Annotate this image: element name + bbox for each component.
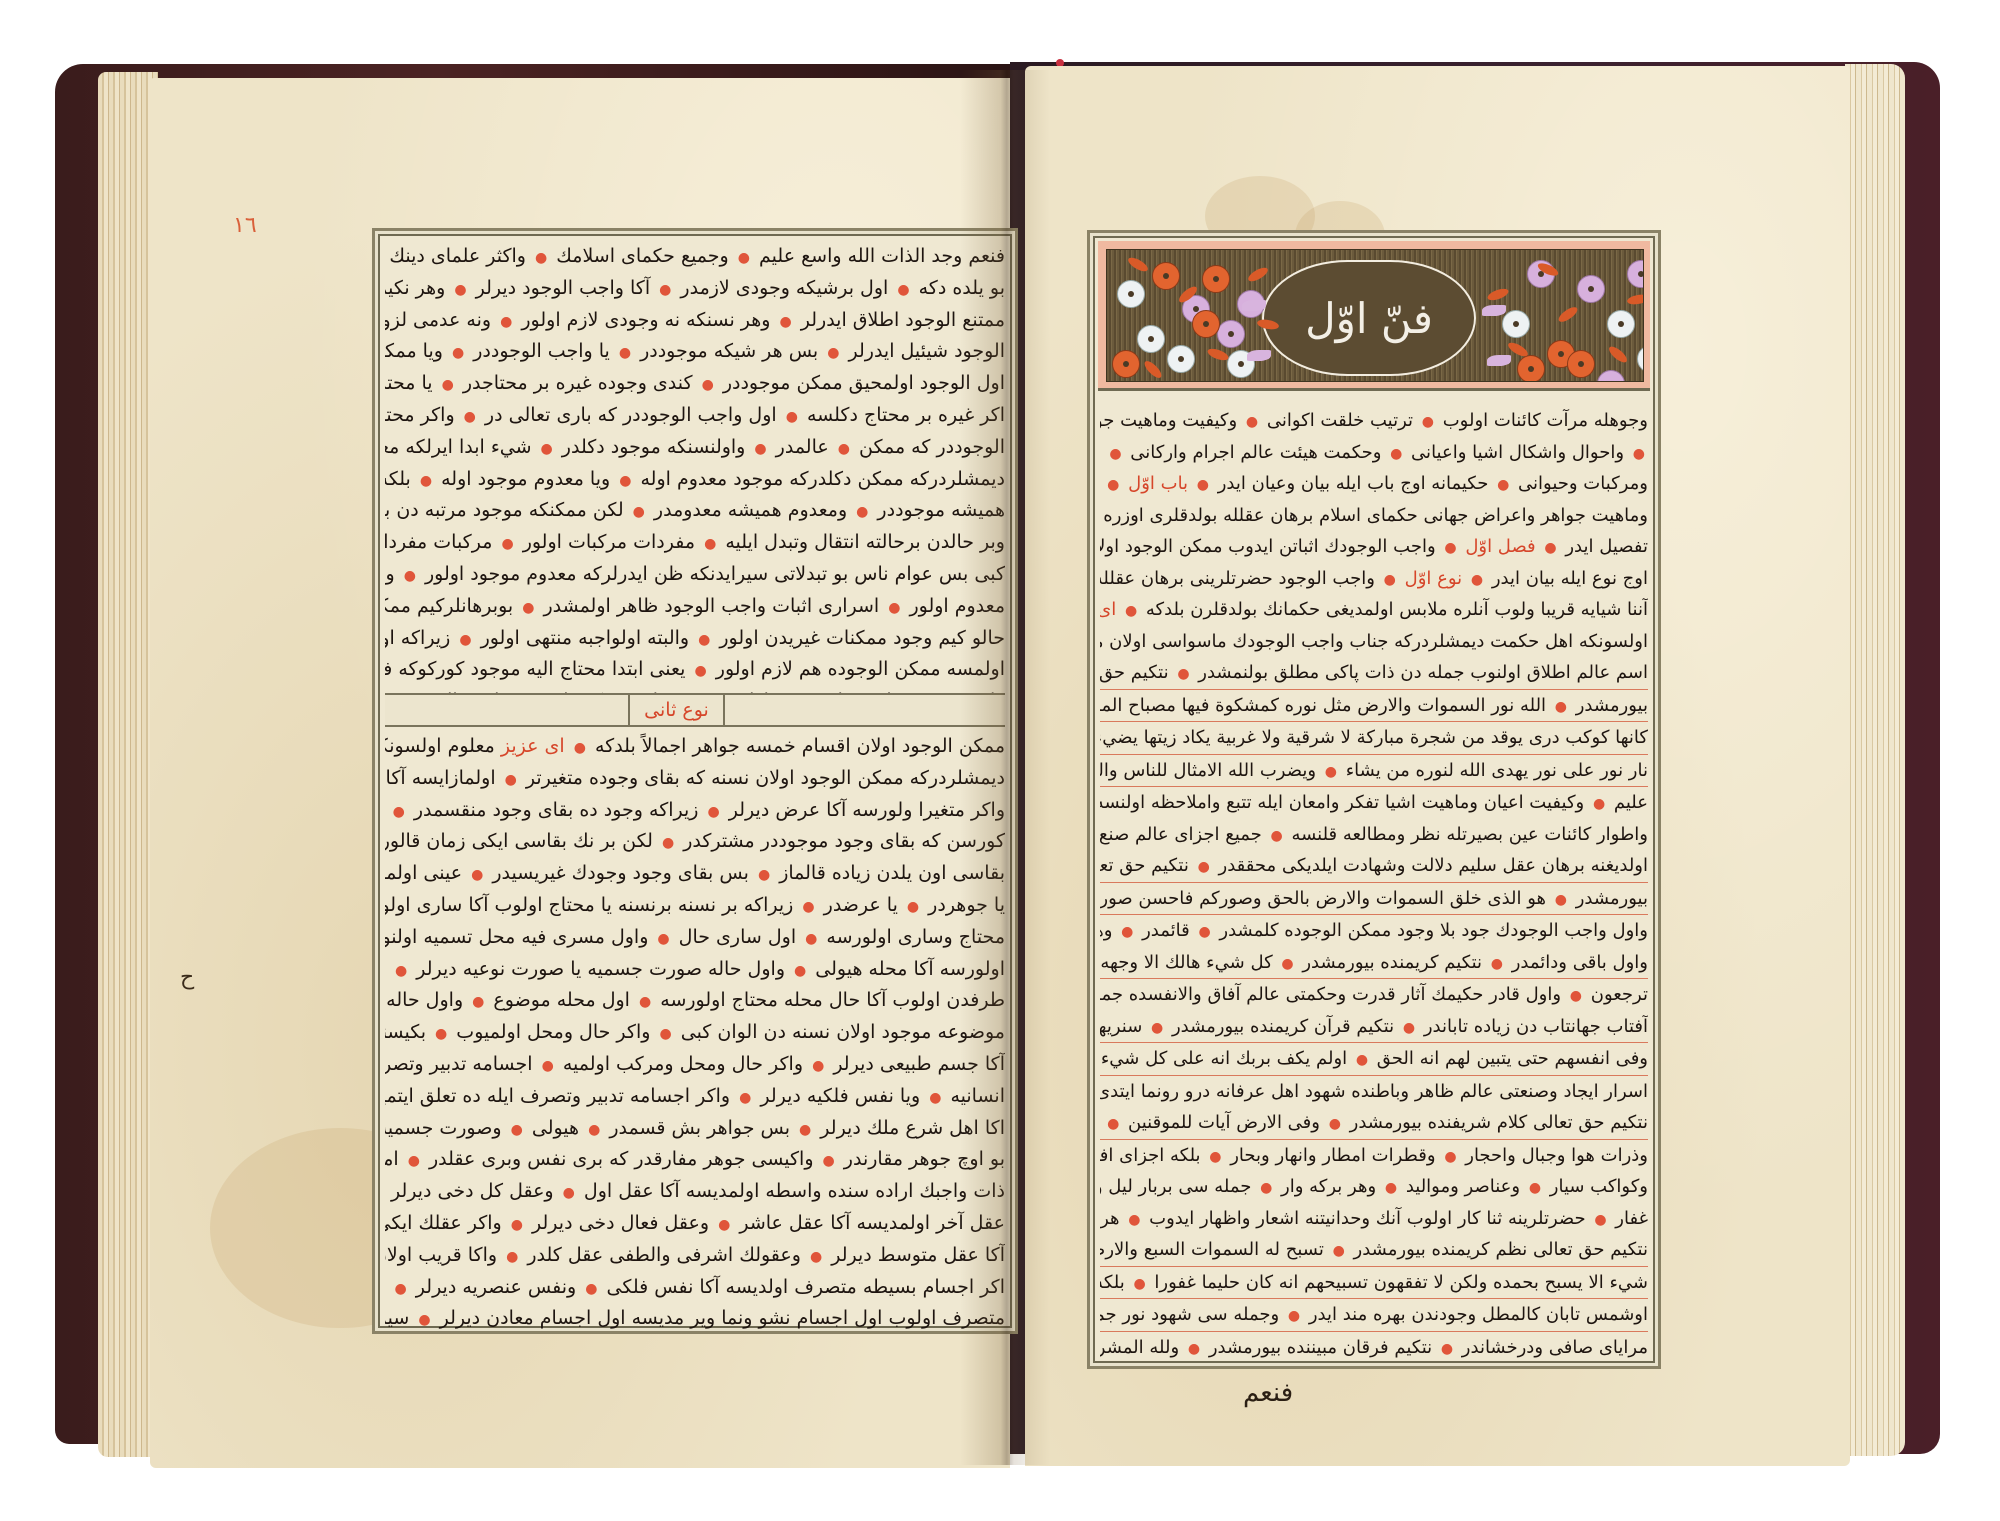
red-verse-dot: ● [698, 632, 710, 648]
red-verse-dot: ● [758, 867, 770, 883]
red-verse-dot: ● [1385, 1180, 1397, 1196]
manuscript-line: نار نور على نور يهدى الله لنوره من يشاء … [1100, 755, 1648, 788]
red-verse-dot: ● [619, 473, 631, 489]
manuscript-line: اوشمس تابان كالمطل وجودندن بهره مند ايدر… [1100, 1299, 1648, 1332]
red-verse-dot: ● [454, 282, 466, 298]
manuscript-line: آكا عقل متوسط ديرلر ● وعقولك اشرفى والطف… [385, 1240, 1005, 1272]
bud-ornament [1247, 350, 1271, 361]
manuscript-line: شيء الا يسبح بحمده ولكن لا تفقهون تسبيحه… [1100, 1267, 1648, 1300]
red-verse-dot: ● [1555, 699, 1567, 715]
manuscript-line: فنعم وجد الذات الله واسع عليم ● وجميع حك… [385, 241, 1005, 273]
red-verse-dot: ● [1403, 1020, 1415, 1036]
red-verse-dot: ● [1128, 1212, 1140, 1228]
leaf-ornament [1626, 293, 1644, 306]
manuscript-line: آكا جسم طبيعى ديرلر ● واكر حال ومحل ومرك… [385, 1049, 1005, 1081]
catchword: فنعم [1243, 1378, 1293, 1408]
manuscript-line: محتاج وسارى اولورسه ● اول سارى حال ● واو… [385, 922, 1005, 954]
red-verse-dot: ● [418, 1312, 430, 1328]
red-verse-dot: ● [1260, 1180, 1272, 1196]
red-verse-dot: ● [897, 282, 909, 298]
red-verse-dot: ● [799, 1122, 811, 1138]
manuscript-line: ومركبات وحيوانى ● حكيمانه اوج باب ايله ب… [1100, 468, 1648, 500]
red-verse-dot: ● [1125, 603, 1137, 619]
red-verse-dot: ● [739, 1090, 751, 1106]
flower-ornament [1167, 345, 1195, 373]
manuscript-line: واكر متغيرا ولورسه آكا عرض ديرلر ● زيراك… [385, 795, 1005, 827]
red-verse-dot: ● [702, 377, 714, 393]
red-verse-dot: ● [1356, 1052, 1368, 1068]
manuscript-line: عقل آخر اولمديسه آكا عقل عاشر ● وعقل فعا… [385, 1208, 1005, 1240]
red-verse-dot: ● [442, 377, 454, 393]
manuscript-line: وفى انفسهم حتى يتبين لهم انه الحق ● اولم… [1100, 1043, 1648, 1076]
red-verse-dot: ● [500, 314, 512, 330]
red-verse-dot: ● [754, 441, 766, 457]
red-verse-dot: ● [929, 1090, 941, 1106]
manuscript-line: هميشه موجوددر ● ومعدوم هميشه معدومدر ● ل… [385, 495, 1005, 527]
red-verse-dot: ● [1384, 572, 1396, 588]
red-verse-dot: ● [1555, 892, 1567, 908]
manuscript-line: اكر غيره بر محتاج دكلسه ● اول واجب الوجو… [385, 400, 1005, 432]
red-verse-dot: ● [542, 1058, 554, 1074]
red-verse-dot: ● [1491, 956, 1503, 972]
red-verse-dot: ● [1209, 1149, 1221, 1165]
red-verse-dot: ● [393, 804, 405, 820]
headpiece-floral-panel: فنّ اوّل [1106, 249, 1644, 382]
manuscript-line: ذات واجبك اراده سنده واسطه اولمديسه آكا … [385, 1176, 1005, 1208]
manuscript-line: كورسن كه بقاى وجود موجوددر مشتركدر ● لكن… [385, 826, 1005, 858]
red-verse-dot: ● [1329, 1116, 1341, 1132]
manuscript-line: وذرات هوا وجبال واحجار ● وقطرات امطار وا… [1100, 1140, 1648, 1172]
red-verse-dot: ● [1107, 1116, 1119, 1132]
subheading-nau-thani: نوع ثانى [628, 695, 725, 725]
red-verse-dot: ● [459, 632, 471, 648]
red-verse-dot: ● [659, 1026, 671, 1042]
manuscript-line: بقاسى اون يلدن زياده قالماز ● بس بقاى وج… [385, 858, 1005, 890]
red-verse-dot: ● [662, 835, 674, 851]
red-verse-dot: ● [452, 345, 464, 361]
rubric-heading: باب اوّل [1128, 473, 1188, 494]
red-verse-dot: ● [506, 1249, 518, 1265]
red-verse-dot: ● [786, 409, 798, 425]
red-verse-dot: ● [794, 963, 806, 979]
manuscript-line: وجوهله مرآت كائنات اولوب ● ترتيب خلقت اك… [1100, 405, 1648, 437]
red-verse-dot: ● [464, 409, 476, 425]
red-verse-dot: ● [501, 536, 513, 552]
red-verse-dot: ● [404, 568, 416, 584]
red-verse-dot: ● [535, 250, 547, 266]
red-verse-dot: ● [888, 600, 900, 616]
flower-ornament [1577, 275, 1605, 303]
rubric-heading: اى عزيز [501, 735, 565, 757]
manuscript-line: كانها كوكب درى يوقد من شجرة مباركة لا شر… [1100, 722, 1648, 755]
manuscript-line: موضوعه موجود اولان نسنه دن الوان كبى ● و… [385, 1017, 1005, 1049]
red-verse-dot: ● [1544, 540, 1556, 556]
folio-number: ١٦ [233, 213, 257, 238]
flower-ornament [1607, 310, 1635, 338]
flower-ornament [1117, 280, 1145, 308]
red-verse-dot: ● [1109, 446, 1121, 462]
manuscript-line: بو اوچ جوهر مقارندر ● واكيسى جوهر مفارقد… [385, 1144, 1005, 1176]
red-verse-dot: ● [1497, 477, 1509, 493]
subheading-band: نوع ثانى [385, 693, 1005, 727]
red-verse-dot: ● [802, 899, 814, 915]
manuscript-line: اول الوجود اولمحيق ممكن موجوددر ● كندى و… [385, 368, 1005, 400]
red-verse-dot: ● [1441, 1341, 1453, 1357]
red-verse-dot: ● [522, 600, 534, 616]
leaf-ornament [1142, 359, 1164, 381]
red-verse-dot: ● [511, 1122, 523, 1138]
manuscript-line: معدوم اولور ● اسرارى اثبات واجب الوجود ظ… [385, 591, 1005, 623]
leaf-ornament [1126, 255, 1150, 274]
red-verse-dot: ● [1198, 859, 1210, 875]
manuscript-line: وكواكب سيار ● وعناصر ومواليد ● وهر بركه … [1100, 1171, 1648, 1203]
manuscript-line: انسانيه ● ويا نفس فلكيه ديرلر ● واكر اجس… [385, 1081, 1005, 1113]
right-text-block: وجوهله مرآت كائنات اولوب ● ترتيب خلقت اك… [1100, 405, 1648, 1358]
manuscript-line: اولسونكه اهل حكمت ديمشلردركه جناب واجب ا… [1100, 626, 1648, 658]
page-edges-left [98, 72, 158, 1457]
red-verse-dot: ● [805, 931, 817, 947]
red-verse-dot: ● [907, 899, 919, 915]
red-verse-dot: ● [505, 772, 517, 788]
manuscript-line: طرفدن اولوب آكا حال محله محتاج اولورسه ●… [385, 985, 1005, 1017]
manuscript-line: ممكن الوجود اولان اقسام خمسه جواهر اجمال… [385, 731, 1005, 763]
headpiece-cartouche: فنّ اوّل [1262, 260, 1476, 376]
manuscript-line: بيورمشدر ● هو الذى خلق السموات والارض با… [1100, 883, 1648, 916]
manuscript-line: ديمشلردركه ممكن دكلدركه موجود معدوم اوله… [385, 464, 1005, 496]
manuscript-line: اكا اهل شرع ملك ديرلر ● بس جواهر بش قسمد… [385, 1113, 1005, 1145]
manuscript-line: مرايای صافى ودرخشاندر ● نتكيم فرقان مبين… [1100, 1332, 1648, 1364]
manuscript-line: ترجعون ● واول قادر حكيمك آثار قدرت وحكمت… [1100, 979, 1648, 1011]
red-verse-dot: ● [1594, 1212, 1606, 1228]
red-verse-dot: ● [1444, 1149, 1456, 1165]
flower-ornament [1567, 350, 1595, 378]
leaf-ornament [1206, 347, 1230, 363]
red-verse-dot: ● [420, 473, 432, 489]
red-verse-dot: ● [1197, 477, 1209, 493]
red-verse-dot: ● [708, 804, 720, 820]
red-verse-dot: ● [657, 931, 669, 947]
red-verse-dot: ● [1151, 1020, 1163, 1036]
manuscript-line: ديمشلردركه ممكن الوجود اولان نسنه كه بقا… [385, 763, 1005, 795]
flower-ornament [1112, 350, 1140, 378]
flower-ornament [1597, 370, 1625, 382]
leaf-ornament [1556, 305, 1579, 325]
bud-ornament [1487, 355, 1511, 366]
red-verse-dot: ● [1570, 988, 1582, 1004]
red-verse-dot: ● [1133, 1276, 1145, 1292]
rubric-heading: اى عزيز [1100, 599, 1116, 620]
red-verse-dot: ● [472, 994, 484, 1010]
red-verse-dot: ● [1246, 414, 1258, 430]
red-verse-dot: ● [695, 663, 707, 679]
page-edges-right [1845, 64, 1905, 1456]
red-verse-dot: ● [1593, 796, 1605, 812]
red-verse-dot: ● [408, 1153, 420, 1169]
rubric-heading: فصل اوّل [1465, 536, 1535, 557]
red-verse-dot: ● [395, 963, 407, 979]
red-verse-dot: ● [1121, 924, 1133, 940]
flower-ornament [1627, 260, 1644, 288]
flower-ornament [1192, 310, 1220, 338]
flower-ornament [1202, 265, 1230, 293]
red-verse-dot: ● [1471, 572, 1483, 588]
red-verse-dot: ● [1325, 764, 1337, 780]
red-verse-dot: ● [1198, 924, 1210, 940]
flower-ornament [1502, 310, 1530, 338]
manuscript-line: غفار ● حضرتلرينه ثنا كار اولوب آنك وحدان… [1100, 1203, 1648, 1235]
manuscript-line: متصرف اولوب اول اجسام نشو ونما وير مديسه… [385, 1303, 1005, 1335]
red-verse-dot: ● [1288, 1308, 1300, 1324]
manuscript-line: اولورسه آكا محله هيولى ● واول حاله صورت … [385, 954, 1005, 986]
leaf-ornament [1607, 344, 1630, 365]
rubric-heading: نوع اوّل [1405, 568, 1463, 589]
red-verse-dot: ● [1444, 540, 1456, 556]
manuscript-line: اوج نوع ايله بيان ايدر ● نوع اوّل ● واجب… [1100, 563, 1648, 595]
red-verse-dot: ● [435, 1026, 447, 1042]
flower-ornament [1217, 320, 1245, 348]
red-verse-dot: ● [1107, 477, 1119, 493]
manuscript-line: ● واحوال واشكال اشيا واعيانى ● وحكمت هيئ… [1100, 437, 1648, 469]
flower-ornament [1137, 325, 1165, 353]
bud-ornament [1242, 300, 1266, 311]
flower-ornament [1152, 262, 1180, 290]
red-verse-dot: ● [659, 282, 671, 298]
red-verse-dot: ● [780, 314, 792, 330]
flower-ornament [1637, 345, 1644, 373]
bud-ornament [1482, 305, 1506, 316]
red-verse-dot: ● [619, 345, 631, 361]
manuscript-line: حالو كيم وجود ممكنات غيريدن اولور ● والب… [385, 623, 1005, 655]
red-verse-dot: ● [1529, 1180, 1541, 1196]
manuscript-line: كبى بس عوام ناس بو تبدلاتى سيرايدنكه ظن … [385, 559, 1005, 591]
red-verse-dot: ● [1271, 828, 1283, 844]
manuscript-line: وماهيت جواهر واعراض جهانى حكماى اسلام بر… [1100, 500, 1648, 532]
red-verse-dot: ● [856, 504, 868, 520]
manuscript-line: اسم عالم اطلاق اولنوب جمله دن ذات پاكى م… [1100, 657, 1648, 690]
red-verse-dot: ● [810, 1249, 822, 1265]
red-verse-dot: ● [395, 1281, 407, 1297]
manuscript-line: نتكيم حق تعالى نظم كريمنده بيورمشدر ● تس… [1100, 1234, 1648, 1267]
manuscript-line: الوجود شيئيل ايدرلر ● بس هر شيكه موجوددر… [385, 336, 1005, 368]
red-verse-dot: ● [838, 441, 850, 457]
red-verse-dot: ● [718, 1217, 730, 1233]
manuscript-line: ممتنع الوجود اطلاق ايدرلر ● وهر نسنكه نه… [385, 305, 1005, 337]
headpiece-title: فنّ اوّل [1305, 294, 1433, 343]
red-verse-dot: ● [1422, 414, 1434, 430]
manuscript-line: بيورمشدر ● الله نور السموات والارض مثل ن… [1100, 690, 1648, 723]
red-verse-dot: ● [471, 867, 483, 883]
manuscript-line: وبر حالدن برحالته انتقال وتبدل ايليه ● م… [385, 527, 1005, 559]
flower-ornament [1517, 355, 1545, 382]
red-verse-dot: ● [588, 1122, 600, 1138]
manuscript-line: اكر اجسام بسيطه متصرف اولديسه آكا نفس فل… [385, 1272, 1005, 1304]
manuscript-line: آننا شيايه قريبا ولوب آنلره ملابس اولمدي… [1100, 594, 1648, 626]
red-verse-dot: ● [827, 345, 839, 361]
manuscript-line: الوجوددر كه ممكن ● عالمدر ● واولنسنكه مو… [385, 432, 1005, 464]
red-verse-dot: ● [563, 1185, 575, 1201]
red-verse-dot: ● [812, 1058, 824, 1074]
manuscript-line: تفصيل ايدر ● فصل اوّل ● واجب الوجودك اثب… [1100, 531, 1648, 563]
red-verse-dot: ● [511, 1217, 523, 1233]
manuscript-line: آفتاب جهانتاب دن زياده تاباندر ● نتكيم ق… [1100, 1011, 1648, 1044]
illuminated-headpiece: فنّ اوّل [1098, 241, 1650, 391]
left-text-frame: فنعم وجد الذات الله واسع عليم ● وجميع حك… [372, 228, 1018, 1334]
red-verse-dot: ● [633, 504, 645, 520]
red-verse-dot: ● [1177, 666, 1189, 682]
margin-mark: ح [180, 965, 194, 990]
red-verse-dot: ● [823, 1153, 835, 1169]
red-verse-dot: ● [1333, 1243, 1345, 1259]
manuscript-line: اولديغنه برهان عقل سليم دلالت وشهادت ايل… [1100, 850, 1648, 883]
red-verse-dot: ● [541, 441, 553, 457]
red-verse-dot: ● [585, 1281, 597, 1297]
manuscript-line: بو يلده دكه ● اول برشيكه وجودى لازمدر ● … [385, 273, 1005, 305]
red-verse-dot: ● [1188, 1341, 1200, 1357]
manuscript-line: اسرار ايجاد وصنعتى عالم ظاهر وباطنده شهو… [1100, 1076, 1648, 1108]
manuscript-line: اولمسه ممكن الوجوده هم لازم اولور ● يعنى… [385, 654, 1005, 686]
manuscript-line: نتكيم حق تعالى كلام شريفنده بيورمشدر ● و… [1100, 1107, 1648, 1140]
red-verse-dot: ● [574, 740, 586, 756]
manuscript-line: واول واجب الوجودك جود بلا وجود ممكن الوج… [1100, 915, 1648, 947]
manuscript-line: عليم ● وكيفيت اعيان وماهيت اشيا تفكر وام… [1100, 787, 1648, 819]
manuscript-line: يا جوهردر ● يا عرضدر ● زيراكه بر نسنه بر… [385, 890, 1005, 922]
red-verse-dot: ● [1281, 956, 1293, 972]
left-bottom-text-block: ممكن الوجود اولان اقسام خمسه جواهر اجمال… [385, 731, 1005, 1321]
red-verse-dot: ● [1390, 446, 1402, 462]
leaf-ornament [1486, 287, 1510, 303]
red-verse-dot: ● [738, 250, 750, 266]
manuscript-line: واطوار كائنات عين بصيرتله نظر ومطالعه قل… [1100, 819, 1648, 851]
book-gutter [960, 70, 1050, 1465]
leaf-ornament [1246, 265, 1270, 284]
left-top-text-block: فنعم وجد الذات الله واسع عليم ● وجميع حك… [385, 241, 1005, 689]
red-verse-dot: ● [704, 536, 716, 552]
red-verse-dot: ● [639, 994, 651, 1010]
right-text-frame: فنّ اوّل وجوهله مرآت كائنات اولوب ● ترتي… [1087, 230, 1661, 1369]
manuscript-line: واول باقى ودائمدر ● نتكيم كريمنده بيورمش… [1100, 947, 1648, 980]
red-verse-dot: ● [1633, 446, 1645, 462]
